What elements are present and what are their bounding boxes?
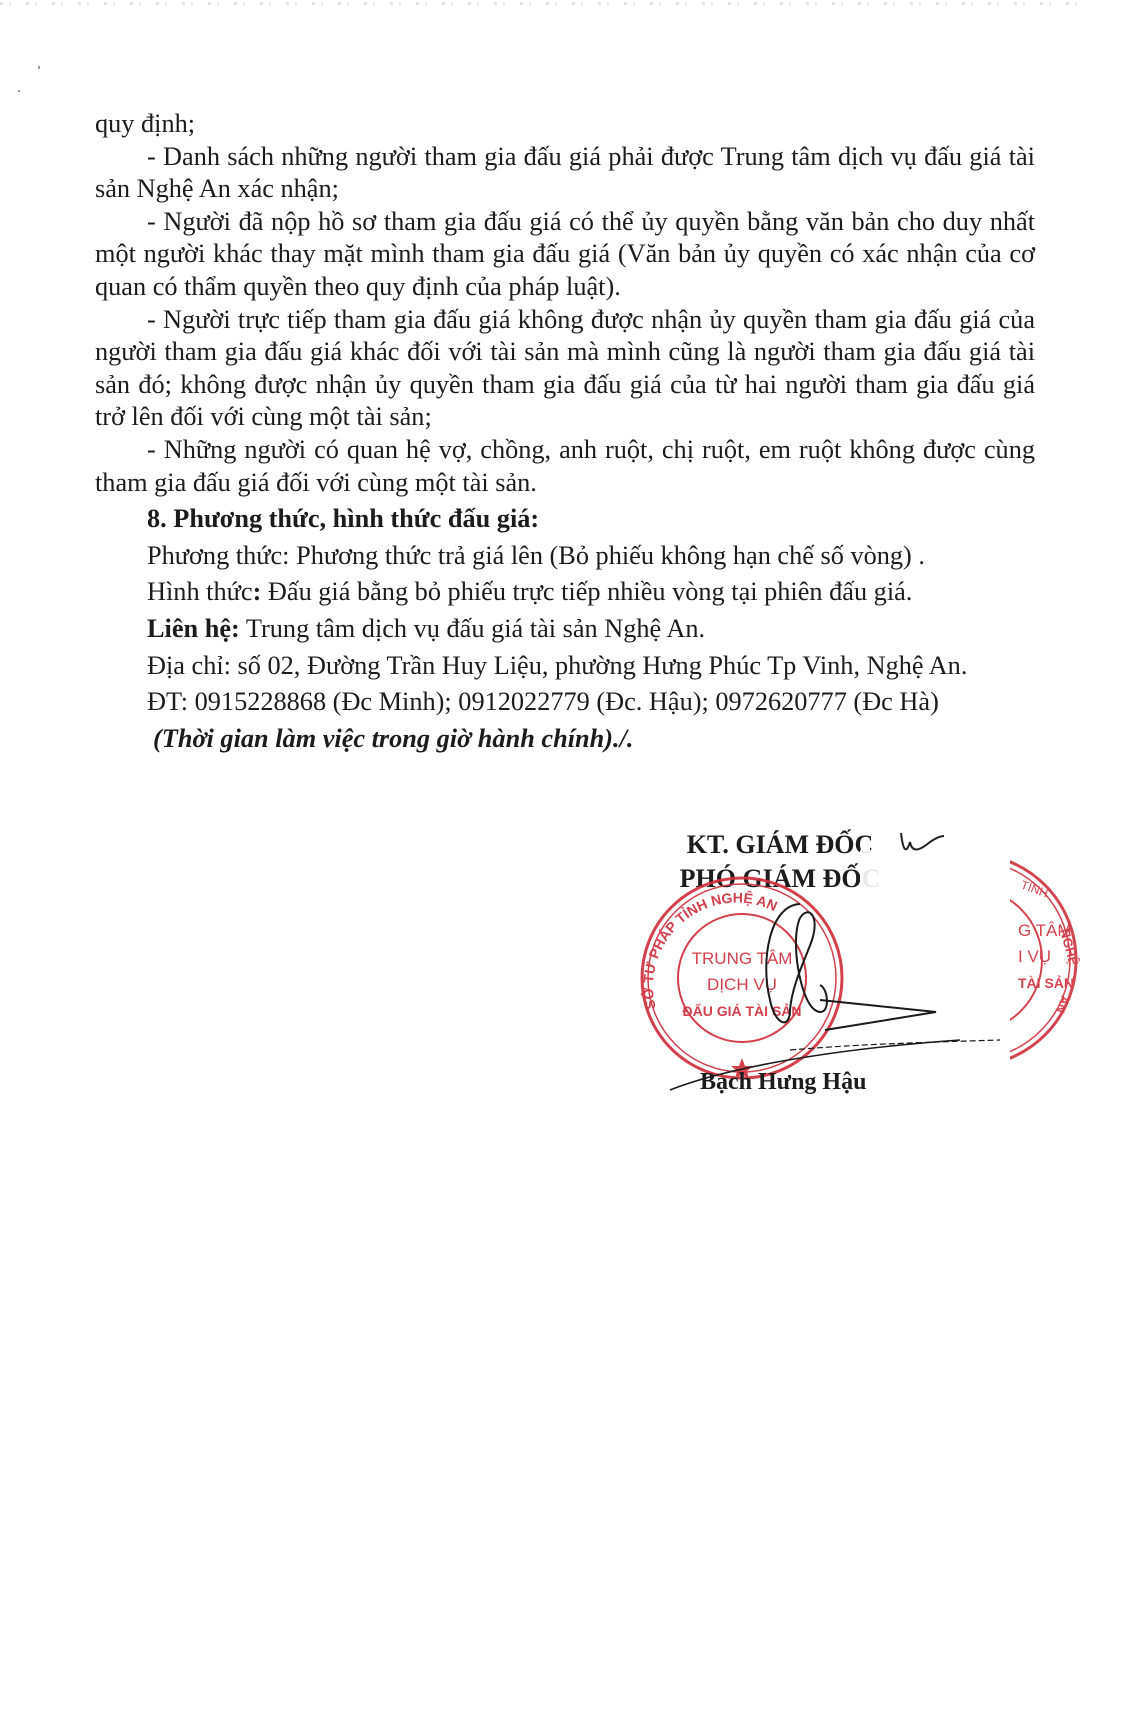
partial-stamp-arc-right: NGHỆ [1057,927,1081,967]
signer-name: Bạch Hưng Hậu [700,1069,866,1096]
initial-mark [901,833,944,850]
stamp-inner-line3: ĐẤU GIÁ TÀI SẢN [683,1003,802,1019]
partial-stamp-line2: I VỤ [1018,947,1051,966]
partial-stamp-arc-top: TỈNH [1019,877,1050,901]
document-page: quy định; - Danh sách những người tham g… [0,0,1148,1726]
stamp-inner-line1: TRUNG TÂM [692,949,793,968]
stamps-and-signature: SỞ TƯ PHÁP TỈNH NGHỆ AN TRUNG TÂM DỊCH V… [0,0,1148,1726]
partial-stamp-line3: TÀI SẢN [1018,975,1074,991]
